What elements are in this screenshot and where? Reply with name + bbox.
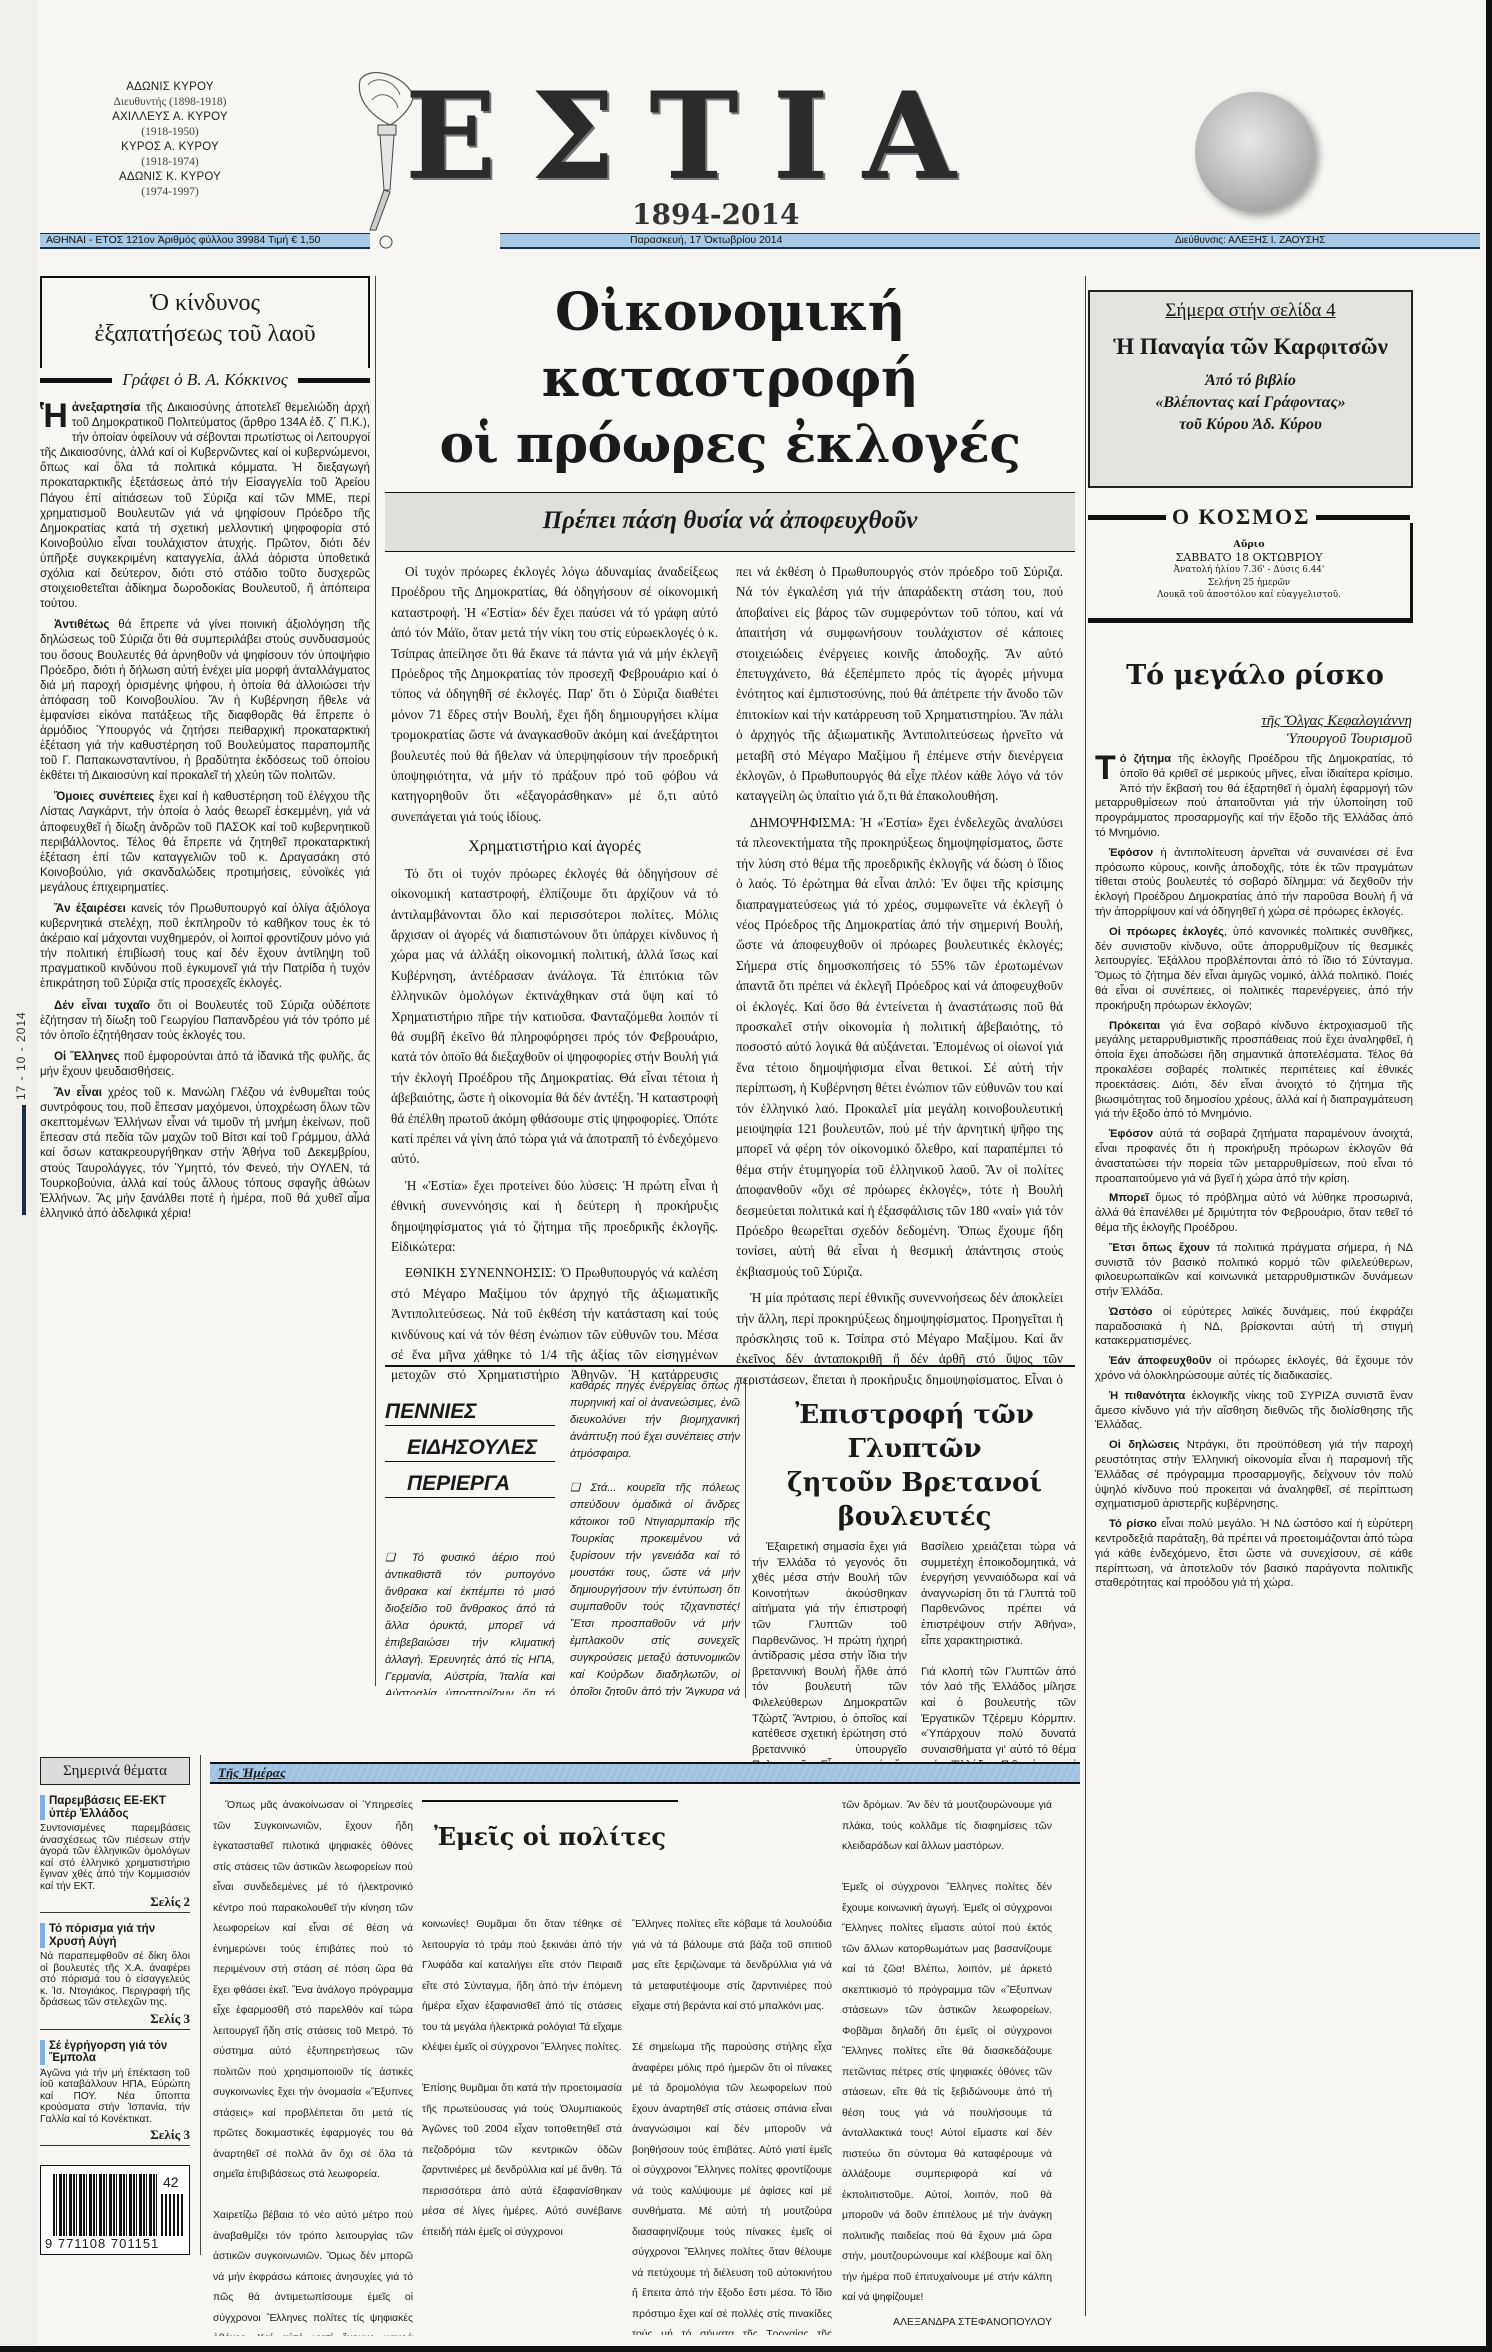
todays-topics: Σημερινά θέματα Παρεμβάσεις ΕΕ-ΕΚΤ ὑπέρ … xyxy=(40,1757,190,2146)
topic-headline: Παρεμβάσεις ΕΕ-ΕΚΤ ὑπέρ Ἑλλάδος xyxy=(40,1795,190,1820)
today-page-4-box[interactable]: Σήμερα στήν σελίδα 4 Ἡ Παναγία τῶν Καρφι… xyxy=(1088,290,1413,488)
paragraph: Τό ζήτημα τῆς ἐκλογῆς Προέδρου τῆς Δημοκ… xyxy=(1095,752,1413,841)
founder-name: ΑΔΩΝΙΣ Κ. ΚΥΡΟΥ xyxy=(100,170,240,185)
glypta-body: Ἐξαιρετική σημασία ἔχει γιά τήν Ἑλλάδα τ… xyxy=(752,1540,1077,1772)
founder-name: ΚΥΡΟΣ Α. ΚΥΡΟΥ xyxy=(100,140,240,155)
topic-text: Συντονισμένες παρεμβάσεις ἀνασχέσεως τῶν… xyxy=(40,1823,190,1892)
barcode: 42 9 771108 701151 xyxy=(40,2165,190,2255)
issue-info-band: ΑΘΗΝΑΙ - ΕΤΟΣ 121ον Ἀριθμός φύλλου 39984… xyxy=(40,233,370,249)
paragraph: Ἄν εἶναι χρέος τοῦ κ. Μανώλη Γλέζου νά ἐ… xyxy=(40,1085,370,1221)
paragraph: Ἐάν ἀποφευχθοῦν οἱ πρόωρες ἐκλογές, θά ἔ… xyxy=(1095,1354,1413,1384)
barcode-number: 9 771108 701151 xyxy=(45,2236,159,2251)
logo-years: 1894-2014 xyxy=(632,198,799,231)
paragraph: Ἐφόσον ἡ ἀντιπολίτευση ἀρνεῖται νά συναι… xyxy=(1095,846,1413,920)
pennies-logo: ΠΕΝΝΙΕΣ ΕΙΔΗΣΟΥΛΕΣ ΠΕΡΙΕΡΓΑ xyxy=(385,1400,555,1508)
paragraph: ΕΘΝΙΚΗ ΣΥΝΕΝΝΟΗΣΙΣ: Ὁ Πρωθυπουργός νά κα… xyxy=(391,1263,718,1385)
paragraph: Οἱ δηλώσεις Ντράγκι, ὅτι προϋπόθεση γιά … xyxy=(1095,1438,1413,1512)
author-signature: ΑΛΕΞΑΝΔΡΑ ΣΤΕΦΑΝΟΠΟΥΛΟΥ xyxy=(842,2316,1052,2328)
paragraph: Οἱ τυχόν πρόωρες ἐκλογές λόγω ἀδυναμίας … xyxy=(391,562,718,827)
tis-imeras-band: Τῆς Ἡμέρας xyxy=(210,1762,1080,1784)
page-right-edge xyxy=(1486,0,1492,2352)
headline-rule xyxy=(422,1800,678,1802)
column-divider xyxy=(745,1378,746,1698)
section-divider xyxy=(385,1365,1075,1367)
headline-line: οἱ πρόωρες ἐκλογές xyxy=(385,412,1075,478)
column-divider xyxy=(1085,276,1086,2316)
topics-title: Σημερινά θέματα xyxy=(40,1757,190,1785)
logo-line: ΠΕΡΙΕΡΓΑ xyxy=(385,1472,555,1498)
main-article: Οἰκονομική καταστροφή οἱ πρόωρες ἐκλογές… xyxy=(385,276,1075,1385)
issue-info: ΑΘΗΝΑΙ - ΕΤΟΣ 121ον Ἀριθμός φύλλου 39984… xyxy=(46,234,320,246)
topic-headline: Σέ ἐγρήγορση γιά τόν Ἔμπολα xyxy=(40,2040,190,2065)
page-bottom-edge xyxy=(0,2346,1492,2352)
paragraph: Ἡ πιθανότητα ἐκλογικῆς νίκης τοῦ ΣΥΡΙΖΑ … xyxy=(1095,1389,1413,1433)
newspaper-logo: ΕΣΤΙΑ xyxy=(405,72,1025,202)
page-left-margin xyxy=(0,0,38,2352)
side-bar-decoration xyxy=(22,1105,26,1215)
risk-article-body: Τό ζήτημα τῆς ἐκλογῆς Προέδρου τῆς Δημοκ… xyxy=(1095,752,1413,2262)
main-headline: Οἰκονομική καταστροφή οἱ πρόωρες ἐκλογές xyxy=(385,276,1075,478)
kosmos-saint: Λουκᾶ τοῦ ἀποστόλου καί εὐαγγελιστοῦ. xyxy=(1088,589,1410,602)
byline-text: Γράφει ὁ Β. Α. Κόκκινος xyxy=(112,370,297,390)
author: τῆς Ὄλγας Κεφαλογιάννη xyxy=(1095,712,1412,730)
topic-page: Σελίς 3 xyxy=(40,2127,190,2143)
kosmos-sun: Ἀνατολή ἡλίου 7.36' - Δύσις 6.44' xyxy=(1088,564,1410,577)
kosmos-box: Ο ΚΟΣΜΟΣ Αὔριο ΣΑΒΒΑΤΟ 18 ΟΚΤΩΒΡΙΟΥ Ἀνατ… xyxy=(1088,523,1413,623)
left-article-title: Ὁ κίνδυνος ἐξαπατήσεως τοῦ λαοῦ xyxy=(40,276,370,368)
paragraph: Τό ρίσκο εἶναι πολύ μεγάλο. Ἡ ΝΔ ὡστόσο … xyxy=(1095,1517,1413,1591)
today-box-subtitle: Ἀπό τό βιβλίο «Βλέποντας καί Γράφοντας» … xyxy=(1090,370,1411,436)
tis-imeras-column: Ἕλληνες πολίτες εἴτε κόβαμε τά λουλούδια… xyxy=(632,1915,832,2335)
left-article-body: Ἡἀνεξαρτησία τῆς Δικαιοσύνης ἀποτελεῖ θε… xyxy=(40,400,370,1705)
paragraph: Ἔτσι ὅπως ἔχουν τά πολιτικά πράγματα σήμ… xyxy=(1095,1241,1413,1300)
headline-line: Ἐπιστροφή τῶν Γλυπτῶν xyxy=(752,1398,1077,1466)
logo-line: ΠΕΝΝΙΕΣ xyxy=(385,1400,555,1426)
left-article: Ὁ κίνδυνος ἐξαπατήσεως τοῦ λαοῦ Γράφει ὁ… xyxy=(40,276,370,1705)
headline-line: ζητοῦν Βρετανοί βουλευτές xyxy=(752,1466,1077,1534)
director: Διεύθυνσις: ΑΛΕΞΗΣ Ι. ΖΑΟΥΣΗΣ xyxy=(1175,234,1325,247)
section-label: Τῆς Ἡμέρας xyxy=(218,1765,286,1781)
issue-date: Παρασκευή, 17 Ὀκτωβρίου 2014 xyxy=(630,234,782,247)
tis-imeras-column: Ὅπως μᾶς ἀνακοίνωσαν οἱ Ὑπηρεσίες τῶν Συ… xyxy=(213,1796,413,2336)
barcode-addon: 42 xyxy=(163,2174,179,2190)
topic-page: Σελίς 3 xyxy=(40,2011,190,2027)
kosmos-date: ΣΑΒΒΑΤΟ 18 ΟΚΤΩΒΡΙΟΥ xyxy=(1088,552,1410,565)
paragraph: Ὡστόσο οἱ εὐρύτερες λαϊκές δυνάμεις, πού… xyxy=(1095,1305,1413,1349)
paragraph: Οἱ πρόωρες ἐκλογές, ὑπό κανονικές πολιτι… xyxy=(1095,925,1413,1014)
barcode-bars-icon xyxy=(53,2174,158,2236)
tis-imeras-headline: Ἐμεῖς οἱ πολίτες xyxy=(422,1822,678,1851)
title-line: ἐξαπατήσεως τοῦ λαοῦ xyxy=(42,319,368,350)
risk-headline: Τό μεγάλο ρίσκο xyxy=(1095,660,1415,691)
side-date: 17 - 10 - 2014 xyxy=(14,1020,28,1100)
article-column: Οἱ τυχόν πρόωρες ἐκλογές λόγω ἀδυναμίας … xyxy=(391,562,718,1385)
founder-name: ΑΔΩΝΙΣ ΚΥΡΟΥ xyxy=(100,80,240,95)
paragraph: Μπορεῖ ὅμως τό πρόβλημα αὐτό νά λύθηκε π… xyxy=(1095,1191,1413,1235)
topic-headline: Τό πόρισμα γιά τήν Χρυσή Αὐγή xyxy=(40,1923,190,1948)
today-box-title: Σήμερα στήν σελίδα 4 xyxy=(1090,300,1411,322)
topic-item[interactable]: Παρεμβάσεις ΕΕ-ΕΚΤ ὑπέρ Ἑλλάδος Συντονισ… xyxy=(40,1795,190,1913)
paragraph: Οἱ Ἕλληνες ποῦ ἐμφορούνται ἀπό τά ἰδανικ… xyxy=(40,1049,370,1079)
founder-years: (1918-1974) xyxy=(100,155,240,170)
kosmos-title: Ο ΚΟΣΜΟΣ xyxy=(1088,511,1410,524)
paragraph: Ὅμοιες συνέπειες ἔχει καί ἡ καθυστέρηση … xyxy=(40,789,370,895)
dropcap: Ἡ xyxy=(40,401,68,431)
founders-list: ΑΔΩΝΙΣ ΚΥΡΟΥ Διευθυντής (1898-1918) ΑΧΙΛ… xyxy=(100,80,240,200)
date-band: Παρασκευή, 17 Ὀκτωβρίου 2014 Διεύθυνσις:… xyxy=(500,233,1480,249)
risk-byline: τῆς Ὄλγας Κεφαλογιάννη Ὑπουργοῦ Τουρισμο… xyxy=(1095,712,1412,748)
article-column: πει νά ἐκθέση ὁ Πρωθυπουργός στόν πρόεδρ… xyxy=(736,562,1063,1385)
kosmos-moon: Σελήνη 25 ἡμερῶν xyxy=(1088,577,1410,590)
topic-text: Ἀγῶνα γιά τήν μή ἐπέκταση τοῦ ἰοῦ καταβά… xyxy=(40,2068,190,2126)
author-role: Ὑπουργοῦ Τουρισμοῦ xyxy=(1095,730,1412,748)
tis-imeras-column: κοινωνίες! Θυμᾶμαι ὅτι ὅταν τέθηκε σέ λε… xyxy=(422,1915,622,2335)
paragraph: Ἀντιθέτως θά ἔπρεπε νά γίνει ποινική ἀξι… xyxy=(40,617,370,783)
coin-emblem-icon xyxy=(1195,92,1315,212)
headline-line: Οἰκονομική καταστροφή xyxy=(385,280,1075,412)
column-divider xyxy=(375,276,376,1686)
byline: Γράφει ὁ Β. Α. Κόκκινος xyxy=(40,368,370,392)
logo-line: ΕΙΔΗΣΟΥΛΕΣ xyxy=(385,1436,555,1462)
founder-years: Διευθυντής (1898-1918) xyxy=(100,95,240,110)
pennies-column: καθαρές πηγές ἐνέργειας ὅπως ἡ πυρηνική … xyxy=(570,1378,740,1696)
topic-page: Σελίς 2 xyxy=(40,1894,190,1910)
paragraph: Ἡ «Ἑστία» ἔχει προτείνει δύο λύσεις: Ἡ π… xyxy=(391,1176,718,1258)
paragraph: Ἐφόσον αὐτά τά σοβαρά ζητήματα παραμένου… xyxy=(1095,1127,1413,1186)
barcode-addon-bars-icon xyxy=(161,2194,183,2236)
kosmos-tomorrow: Αὔριο xyxy=(1088,539,1410,552)
topic-text: Νά παραπεμφθοῦν σέ δίκη ὅλοι οἱ βουλευτέ… xyxy=(40,1951,190,2009)
paragraph: Ἡἀνεξαρτησία τῆς Δικαιοσύνης ἀποτελεῖ θε… xyxy=(40,400,370,611)
column-divider xyxy=(200,1755,201,2255)
title-line: Ὁ κίνδυνος xyxy=(42,288,368,319)
paragraph: Ἡ μία πρότασις περί ἐθνικῆς συνεννοήσεως… xyxy=(736,1288,1063,1385)
topic-item[interactable]: Τό πόρισμα γιά τήν Χρυσή Αὐγή Νά παραπεμ… xyxy=(40,1923,190,2030)
tis-imeras-column: τῶν δρόμων. Ἄν δέν τά μουτζουρώνουμε γιά… xyxy=(842,1796,1052,2316)
section-subtitle: Χρηματιστήριο καί ἀγορές xyxy=(391,837,718,857)
founder-years: (1918-1950) xyxy=(100,125,240,140)
paragraph: Τό ὅτι οἱ τυχόν πρόωρες ἐκλογές θά ὁδηγή… xyxy=(391,864,718,1170)
paragraph: Ἄν ἐξαιρέσει κανείς τόν Πρωθυπουργό καί … xyxy=(40,901,370,992)
paragraph: Δέν εἶναι τυχαῖο ὅτι οἱ Βουλευτές τοῦ Σύ… xyxy=(40,998,370,1043)
today-box-headline: Ἡ Παναγία τῶν Καρφιτσῶν xyxy=(1090,334,1411,360)
founder-years: (1974-1997) xyxy=(100,185,240,200)
founder-name: ΑΧΙΛΛΕΥΣ Α. ΚΥΡΟΥ xyxy=(100,110,240,125)
paragraph: πει νά ἐκθέση ὁ Πρωθυπουργός στόν πρόεδρ… xyxy=(736,562,1063,807)
paragraph: ΔΗΜΟΨΗΦΙΣΜΑ: Ἡ «Ἑστία» ἔχει ἐνδελεχῶς ἀν… xyxy=(736,813,1063,1282)
pennies-column: ❑ Τό φυσικό ἀέριο πού ἀντικαθιστᾶ τόν ρυ… xyxy=(385,1550,555,1695)
article-column: Ἐξαιρετική σημασία ἔχει γιά τήν Ἑλλάδα τ… xyxy=(752,1540,907,1772)
glypta-article: Ἐπιστροφή τῶν Γλυπτῶν ζητοῦν Βρετανοί βο… xyxy=(752,1378,1077,1772)
topic-item[interactable]: Σέ ἐγρήγορση γιά τόν Ἔμπολα Ἀγῶνα γιά τή… xyxy=(40,2040,190,2147)
main-article-body: Οἱ τυχόν πρόωρες ἐκλογές λόγω ἀδυναμίας … xyxy=(385,562,1075,1385)
article-column: Βασίλειο χρειάζεται τώρα νά συμμετέχη ἐπ… xyxy=(921,1540,1076,1772)
paragraph: Πρόκειται γιά ἕνα σοβαρό κίνδυνο ἐκτροχι… xyxy=(1095,1019,1413,1123)
main-subheadline: Πρέπει πάση θυσία νά ἀποφευχθοῦν xyxy=(385,492,1075,552)
glypta-headline: Ἐπιστροφή τῶν Γλυπτῶν ζητοῦν Βρετανοί βο… xyxy=(752,1398,1077,1534)
